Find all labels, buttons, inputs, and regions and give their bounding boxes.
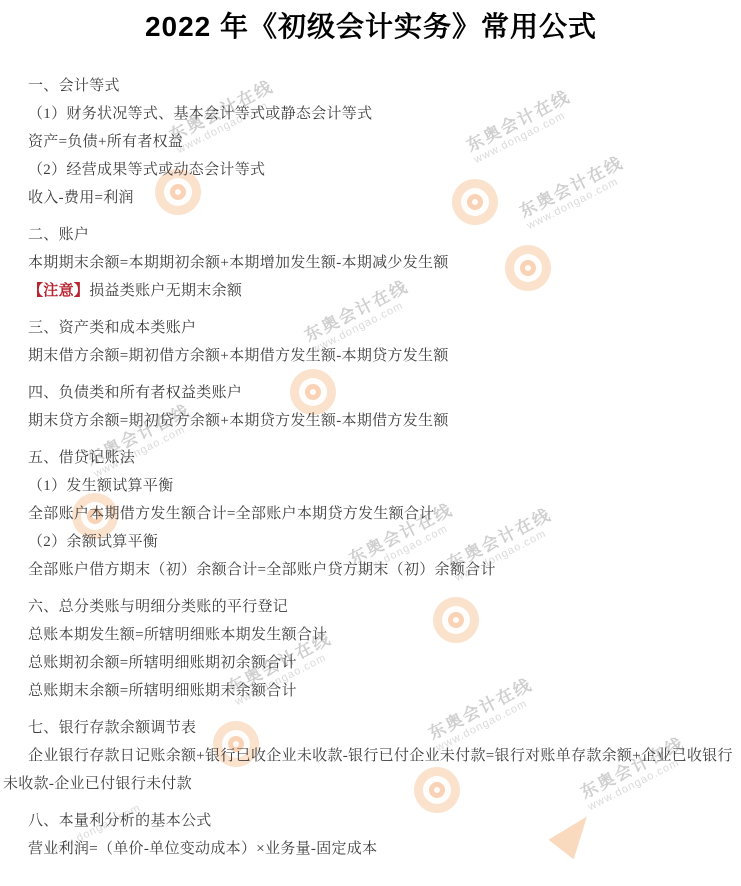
note-line: 【注意】损益类账户无期末余额	[3, 277, 739, 305]
formula-line: 期末借方余额=期初借方余额+本期借方发生额-本期贷方发生额	[3, 342, 739, 370]
formula-line: 总账本期发生额=所辖明细账本期发生额合计	[3, 621, 739, 649]
section-asset-cost-accounts: 三、资产类和成本类账户 期末借方余额=期初借方余额+本期借方发生额-本期贷方发生…	[3, 314, 739, 370]
section-heading: 一、会计等式	[3, 72, 739, 100]
note-text: 损益类账户无期末余额	[89, 283, 242, 299]
section-heading: 八、本量利分析的基本公式	[3, 807, 739, 835]
section-heading: 四、负债类和所有者权益类账户	[3, 379, 739, 407]
formula-line: 总账期末余额=所辖明细账期末余额合计	[3, 677, 739, 705]
section-bank-reconciliation: 七、银行存款余额调节表 企业银行存款日记账余额+银行已收企业未收款-银行已付企业…	[3, 714, 739, 798]
formula-line: 期末贷方余额=期初贷方余额+本期贷方发生额-本期借方发生额	[3, 407, 739, 435]
section-heading: 三、资产类和成本类账户	[3, 314, 739, 342]
formula-line: （1）财务状况等式、基本会计等式或静态会计等式	[3, 100, 739, 128]
formula-line: 全部账户借方期末（初）余额合计=全部账户贷方期末（初）余额合计	[3, 556, 739, 584]
formula-line: 总账期初余额=所辖明细账期初余额合计	[3, 649, 739, 677]
page-title: 2022 年《初级会计实务》常用公式	[3, 10, 739, 44]
section-accounts: 二、账户 本期期末余额=本期期初余额+本期增加发生额-本期减少发生额 【注意】损…	[3, 221, 739, 305]
section-liability-equity-accounts: 四、负债类和所有者权益类账户 期末贷方余额=期初贷方余额+本期贷方发生额-本期借…	[3, 379, 739, 435]
document-page: 东奥会计在线www.dongao.com 东奥会计在线www.dongao.co…	[0, 0, 741, 886]
section-heading: 二、账户	[3, 221, 739, 249]
section-heading: 七、银行存款余额调节表	[3, 714, 739, 742]
formula-line: 营业利润=（单价-单位变动成本）×业务量-固定成本	[3, 835, 739, 863]
section-cvp-analysis: 八、本量利分析的基本公式 营业利润=（单价-单位变动成本）×业务量-固定成本	[3, 807, 739, 863]
formula-line: 企业银行存款日记账余额+银行已收企业未收款-银行已付企业未付款=银行对账单存款余…	[3, 742, 739, 798]
formula-line: （2）经营成果等式或动态会计等式	[3, 156, 739, 184]
section-general-subsidiary-ledger: 六、总分类账与明细分类账的平行登记 总账本期发生额=所辖明细账本期发生额合计 总…	[3, 593, 739, 705]
formula-line: 全部账户本期借方发生额合计=全部账户本期贷方发生额合计	[3, 500, 739, 528]
section-heading: 六、总分类账与明细分类账的平行登记	[3, 593, 739, 621]
formula-line: 资产=负债+所有者权益	[3, 128, 739, 156]
section-debit-credit-bookkeeping: 五、借贷记账法 （1）发生额试算平衡 全部账户本期借方发生额合计=全部账户本期贷…	[3, 444, 739, 584]
formula-line: （2）余额试算平衡	[3, 528, 739, 556]
section-heading: 五、借贷记账法	[3, 444, 739, 472]
formula-line: 收入-费用=利润	[3, 184, 739, 212]
document-content: 2022 年《初级会计实务》常用公式 一、会计等式 （1）财务状况等式、基本会计…	[0, 0, 741, 863]
formula-line: 本期期末余额=本期期初余额+本期增加发生额-本期减少发生额	[3, 249, 739, 277]
formula-line: （1）发生额试算平衡	[3, 472, 739, 500]
note-label: 【注意】	[28, 283, 89, 299]
section-accounting-equation: 一、会计等式 （1）财务状况等式、基本会计等式或静态会计等式 资产=负债+所有者…	[3, 72, 739, 212]
